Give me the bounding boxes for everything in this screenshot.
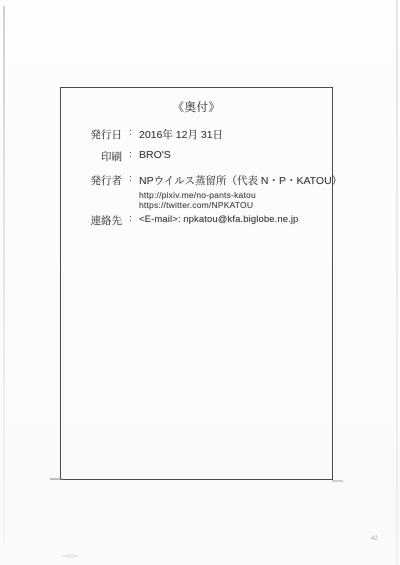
scan-edge-left xyxy=(3,6,5,544)
scan-edge-right xyxy=(396,0,398,565)
printing-row: 印刷 : BRO'S xyxy=(61,149,171,164)
publish-date-label: 発行日 xyxy=(61,127,122,142)
contact-row: 連絡先 : <E-mail>: npkatou@kfa.biglobe.ne.j… xyxy=(61,213,298,228)
scanned-colophon-page: 《奥付》 発行日 : 2016年 12月 31日 印刷 : BRO'S 発行者 … xyxy=(0,0,400,565)
publisher-twitter-url: https://twitter.com/NPKATOU xyxy=(139,200,253,210)
publish-date-row: 発行日 : 2016年 12月 31日 xyxy=(61,127,223,142)
frame-corner-tick-left xyxy=(50,478,63,480)
printing-label: 印刷 xyxy=(61,149,122,164)
frame-corner-tick-right xyxy=(332,480,343,482)
separator-colon: : xyxy=(122,149,139,164)
publisher-label: 発行者 xyxy=(61,173,122,188)
publish-date-value: 2016年 12月 31日 xyxy=(139,127,223,142)
publisher-pixiv-url: http://pixiv.me/no-pants-katou xyxy=(139,190,256,200)
contact-email-value: <E-mail>: npkatou@kfa.biglobe.ne.jp xyxy=(139,213,298,228)
colophon-frame: 《奥付》 発行日 : 2016年 12月 31日 印刷 : BRO'S 発行者 … xyxy=(60,87,333,480)
colophon-title: 《奥付》 xyxy=(61,99,332,115)
printing-value: BRO'S xyxy=(139,149,171,164)
separator-colon: : xyxy=(122,127,139,142)
publisher-row: 発行者 : NPウイルス蒸留所（代表 N・P・KATOU） xyxy=(61,173,342,188)
separator-colon: : xyxy=(122,213,139,228)
publisher-value: NPウイルス蒸留所（代表 N・P・KATOU） xyxy=(139,173,342,188)
separator-colon: : xyxy=(122,173,139,188)
contact-label: 連絡先 xyxy=(61,213,122,228)
page-number: 42 xyxy=(371,536,378,542)
scan-smudge xyxy=(62,554,78,558)
